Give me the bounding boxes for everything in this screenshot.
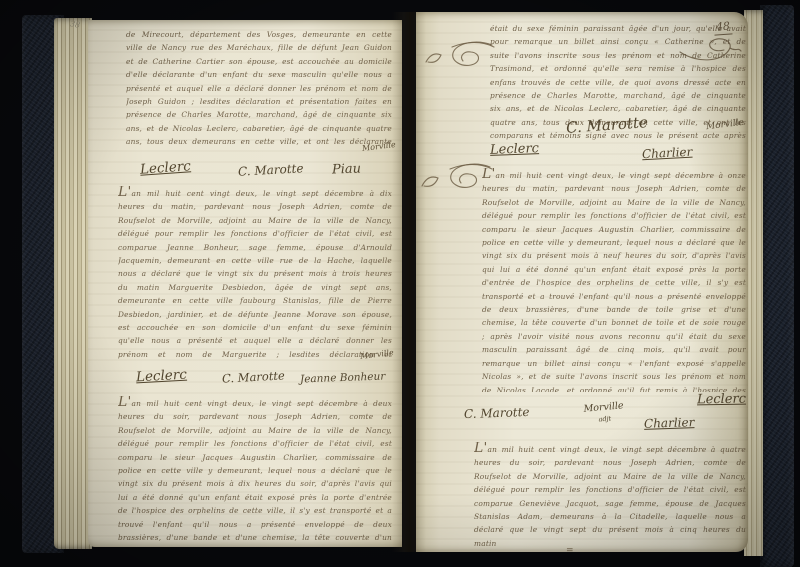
- signature-row: Leclerc C. Marotte Piau Morville: [126, 154, 392, 188]
- signature-adjt-label: adjt: [598, 414, 611, 423]
- signature-charlier: Charlier: [642, 145, 693, 162]
- act-birth-genevieve-text: L'an mil huit cent vingt deux, le vingt …: [474, 442, 746, 546]
- signature-leclerc: Leclerc: [140, 158, 192, 178]
- signature-leclerc: Leclerc: [136, 367, 188, 386]
- signature-row: Leclerc C. Marotte Jeanne Bonheur Morvil…: [118, 360, 392, 396]
- signature-leclerc: Leclerc: [697, 392, 746, 408]
- end-of-line-mark: =: [566, 546, 573, 556]
- act-fragment-text: de Mirecourt, département des Vosges, de…: [126, 28, 392, 152]
- right-page: 48 était du sexe féminin paraissant âgée…: [416, 12, 748, 552]
- paraph-flourish-icon: [422, 38, 496, 72]
- signature-row: Leclerc Charlier: [490, 140, 746, 166]
- pencil-folio-mark: 38: [69, 19, 81, 30]
- signature-morville: Morville: [583, 400, 624, 414]
- signature-marotte: C. Marotte: [464, 405, 530, 421]
- signature-piau: Piau: [332, 161, 362, 177]
- act-foundling-text: L'an mil huit cent vingt deux, le vingt …: [118, 396, 392, 547]
- signature-leclerc: Leclerc: [490, 141, 539, 158]
- register-photo: 38 de Mirecourt, département des Vosges,…: [0, 0, 800, 567]
- signature-jeanne-bonheur: Jeanne Bonheur: [300, 371, 386, 386]
- signature-marotte: C. Marotte: [238, 161, 304, 178]
- act-birth-marguerite-text: L'an mil huit cent vingt deux, le vingt …: [118, 186, 392, 360]
- signature-morville-adjoint: Morville adjt: [583, 400, 625, 425]
- page-edge-stack-left: [54, 18, 92, 549]
- book-cover-right: [760, 5, 794, 567]
- signature-charlier: Charlier: [644, 415, 695, 431]
- signature-row: Leclerc C. Marotte Morville adjt Charlie…: [456, 394, 746, 440]
- signature-marotte: C. Marotte: [222, 368, 285, 385]
- act-foundling-nicolas-text: L'an mil huit cent vingt deux, le vingt …: [482, 168, 746, 392]
- left-page: de Mirecourt, département des Vosges, de…: [88, 20, 402, 547]
